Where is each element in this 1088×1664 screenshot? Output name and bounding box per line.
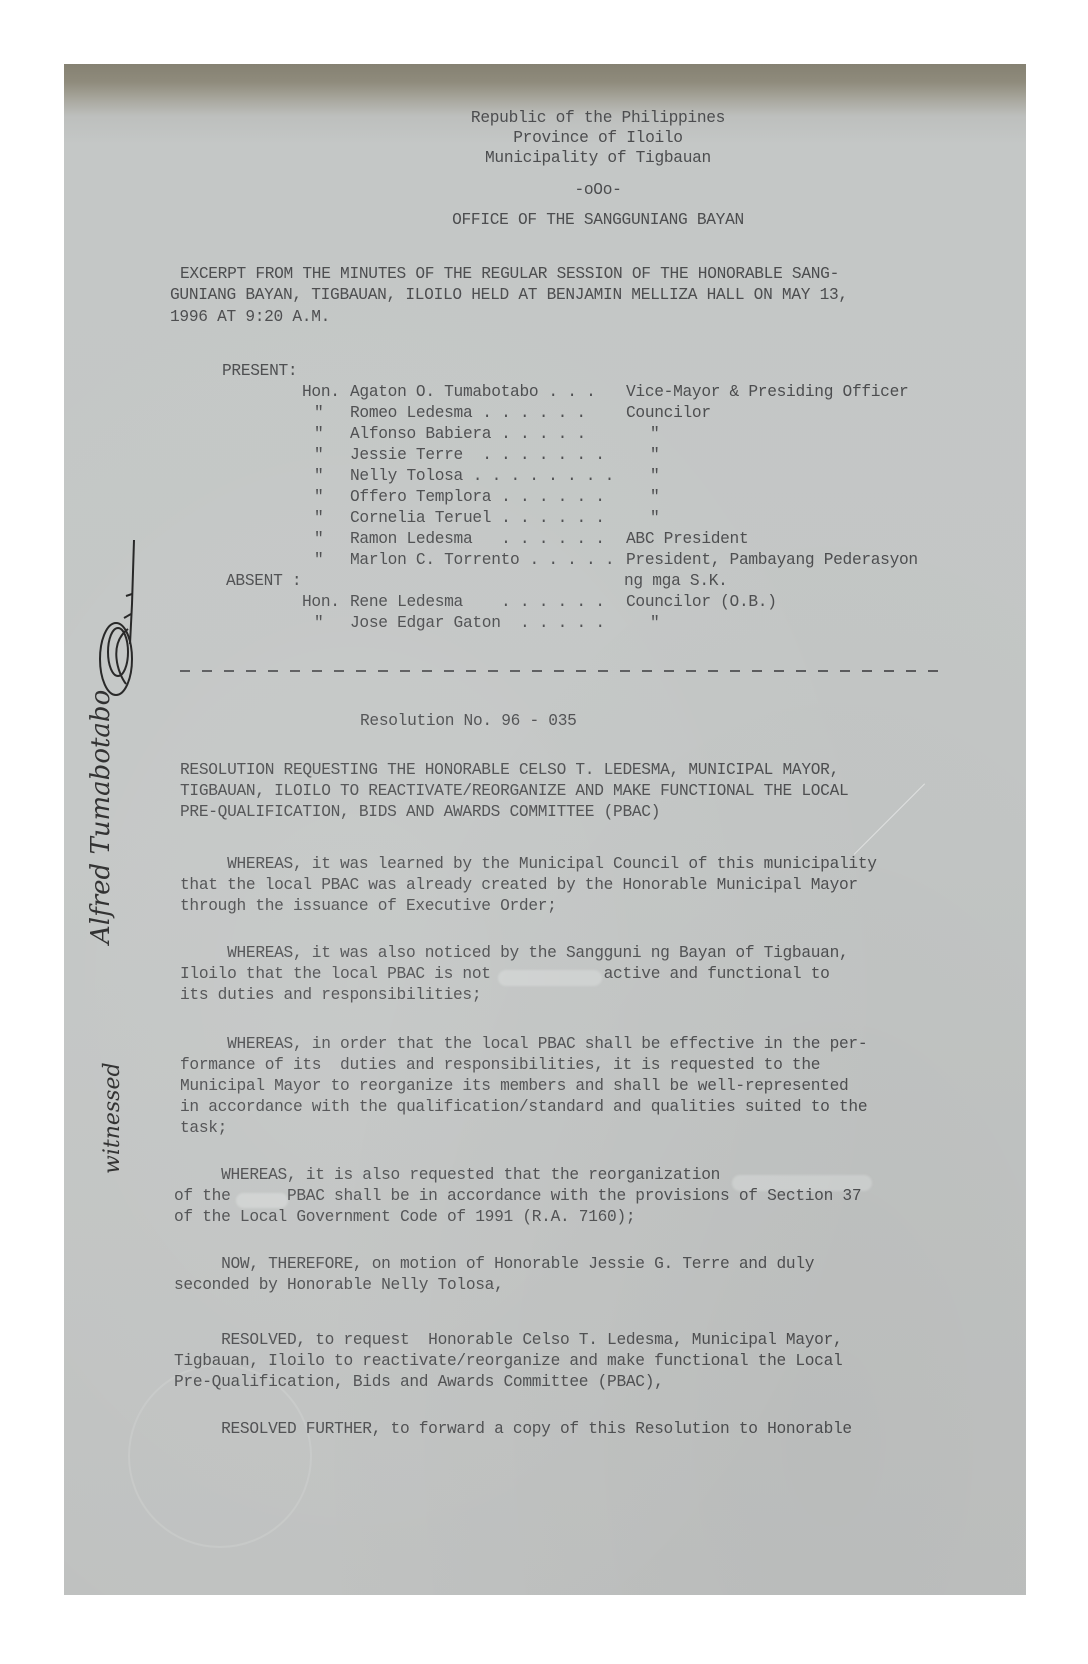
attendee-prefix: " <box>314 466 323 487</box>
leader-dots: . . . . . . <box>463 592 604 613</box>
attendee-position: " <box>650 445 659 466</box>
paragraph-line: NOW, THEREFORE, on motion of Honorable J… <box>174 1254 814 1275</box>
attendee-name: Cornelia Teruel <box>350 508 491 529</box>
absentee-prefix: " <box>314 613 323 634</box>
attendee-name: Nelly Tolosa <box>350 466 463 487</box>
resolution-title-line: PRE-QUALIFICATION, BIDS AND AWARDS COMMI… <box>180 802 660 823</box>
paragraph-line: RESOLVED FURTHER, to forward a copy of t… <box>174 1419 852 1440</box>
leader-dots: . . . . . . . <box>463 445 604 466</box>
leader-dots: . . . . . <box>501 613 605 634</box>
header-province: Province of Iloilo <box>64 128 1026 149</box>
attendee-position: " <box>650 508 659 529</box>
attendee-prefix: " <box>314 424 323 445</box>
attendee-name: Marlon C. Torrento <box>350 550 519 571</box>
resolution-title-line: RESOLUTION REQUESTING THE HONORABLE CELS… <box>180 760 839 781</box>
paragraph-line: of the Local Government Code of 1991 (R.… <box>174 1207 635 1228</box>
attendee-prefix: " <box>314 550 323 571</box>
leader-dots: . . . . . . <box>492 487 605 508</box>
leader-dots: . . . . . . <box>473 529 605 550</box>
paragraph-line: that the local PBAC was already created … <box>180 875 858 896</box>
margin-note-name: Alfred Tumabotabo <box>86 690 116 944</box>
attendee-name: Agaton O. Tumabotabo <box>350 382 538 403</box>
attendee-prefix: " <box>314 508 323 529</box>
paragraph-line: WHEREAS, it is also requested that the r… <box>174 1165 720 1186</box>
paragraph-line: Municipal Mayor to reorganize its member… <box>180 1076 848 1097</box>
attendee-prefix: " <box>314 403 323 424</box>
attendee-position: ABC President <box>626 529 748 550</box>
attendee-prefix: " <box>314 445 323 466</box>
absentee-prefix: Hon. <box>302 592 340 613</box>
attendee-name: Jessie Terre <box>350 445 463 466</box>
attendee-name: Offero Templora <box>350 487 491 508</box>
paragraph-line: Iloilo that the local PBAC is not active… <box>180 964 830 985</box>
paragraph-line: in accordance with the qualification/sta… <box>180 1097 867 1118</box>
present-continuation: ng mga S.K. <box>624 571 728 592</box>
section-divider <box>180 670 940 672</box>
absentee-position: Councilor (O.B.) <box>626 592 777 613</box>
present-label: PRESENT: <box>222 361 297 382</box>
paragraph-line: Pre-Qualification, Bids and Awards Commi… <box>174 1372 664 1393</box>
attendee-name: Ramon Ledesma <box>350 529 472 550</box>
attendee-prefix: Hon. <box>302 382 340 403</box>
absentee-name: Rene Ledesma <box>350 592 463 613</box>
paragraph-line: of the PBAC shall be in accordance with … <box>174 1186 861 1207</box>
paragraph-line: RESOLVED, to request Honorable Celso T. … <box>174 1330 842 1351</box>
attendee-position: Councilor <box>626 403 711 424</box>
attendee-prefix: " <box>314 487 323 508</box>
document-photo: Republic of the Philippines Province of … <box>64 64 1026 1595</box>
paragraph-line: WHEREAS, in order that the local PBAC sh… <box>180 1034 867 1055</box>
resolution-title-line: TIGBAUAN, ILOILO TO REACTIVATE/REORGANIZ… <box>180 781 848 802</box>
paragraph-line: WHEREAS, it was learned by the Municipal… <box>180 854 877 875</box>
leader-dots: . . . . . . <box>492 508 605 529</box>
paper-crease <box>854 783 925 854</box>
absentee-name: Jose Edgar Gaton <box>350 613 501 634</box>
leader-dots: . . . <box>539 382 596 403</box>
attendee-name: Romeo Ledesma <box>350 403 472 424</box>
leader-dots: . . . . . <box>492 424 586 445</box>
resolution-number: Resolution No. 96 - 035 <box>360 711 577 732</box>
office-title: OFFICE OF THE SANGGUNIANG BAYAN <box>64 210 1026 231</box>
paragraph-line: task; <box>180 1118 227 1139</box>
paragraph-line: WHEREAS, it was also noticed by the Sang… <box>180 943 848 964</box>
header-republic: Republic of the Philippines <box>64 108 1026 129</box>
attendee-name: Alfonso Babiera <box>350 424 491 445</box>
excerpt-line-3: 1996 AT 9:20 A.M. <box>170 307 330 328</box>
attendee-position: Vice-Mayor & Presiding Officer <box>626 382 908 403</box>
paragraph-line: its duties and responsibilities; <box>180 985 481 1006</box>
attendee-position: President, Pambayang Pederasyon <box>626 550 918 571</box>
attendee-position: " <box>650 466 659 487</box>
header-ornament: -oOo- <box>64 180 1026 201</box>
leader-dots: . . . . . . <box>473 403 586 424</box>
absent-label: ABSENT : <box>226 571 301 592</box>
excerpt-line-2: GUNIANG BAYAN, TIGBAUAN, ILOILO HELD AT … <box>170 285 848 306</box>
attendee-prefix: " <box>314 529 323 550</box>
paragraph-line: seconded by Honorable Nelly Tolosa, <box>174 1275 504 1296</box>
attendee-position: " <box>650 424 659 445</box>
paragraph-line: through the issuance of Executive Order; <box>180 896 557 917</box>
leader-dots: . . . . . . . . <box>463 466 614 487</box>
excerpt-line-1: EXCERPT FROM THE MINUTES OF THE REGULAR … <box>180 264 839 285</box>
header-municipality: Municipality of Tigbauan <box>64 148 1026 169</box>
leader-dots: . . . . . <box>520 550 614 571</box>
margin-note-witness: witnessed <box>100 1062 125 1174</box>
paragraph-line: Tigbauan, Iloilo to reactivate/reorganiz… <box>174 1351 842 1372</box>
absentee-position: " <box>650 613 659 634</box>
attendee-position: " <box>650 487 659 508</box>
paragraph-line: formance of its duties and responsibilit… <box>180 1055 820 1076</box>
